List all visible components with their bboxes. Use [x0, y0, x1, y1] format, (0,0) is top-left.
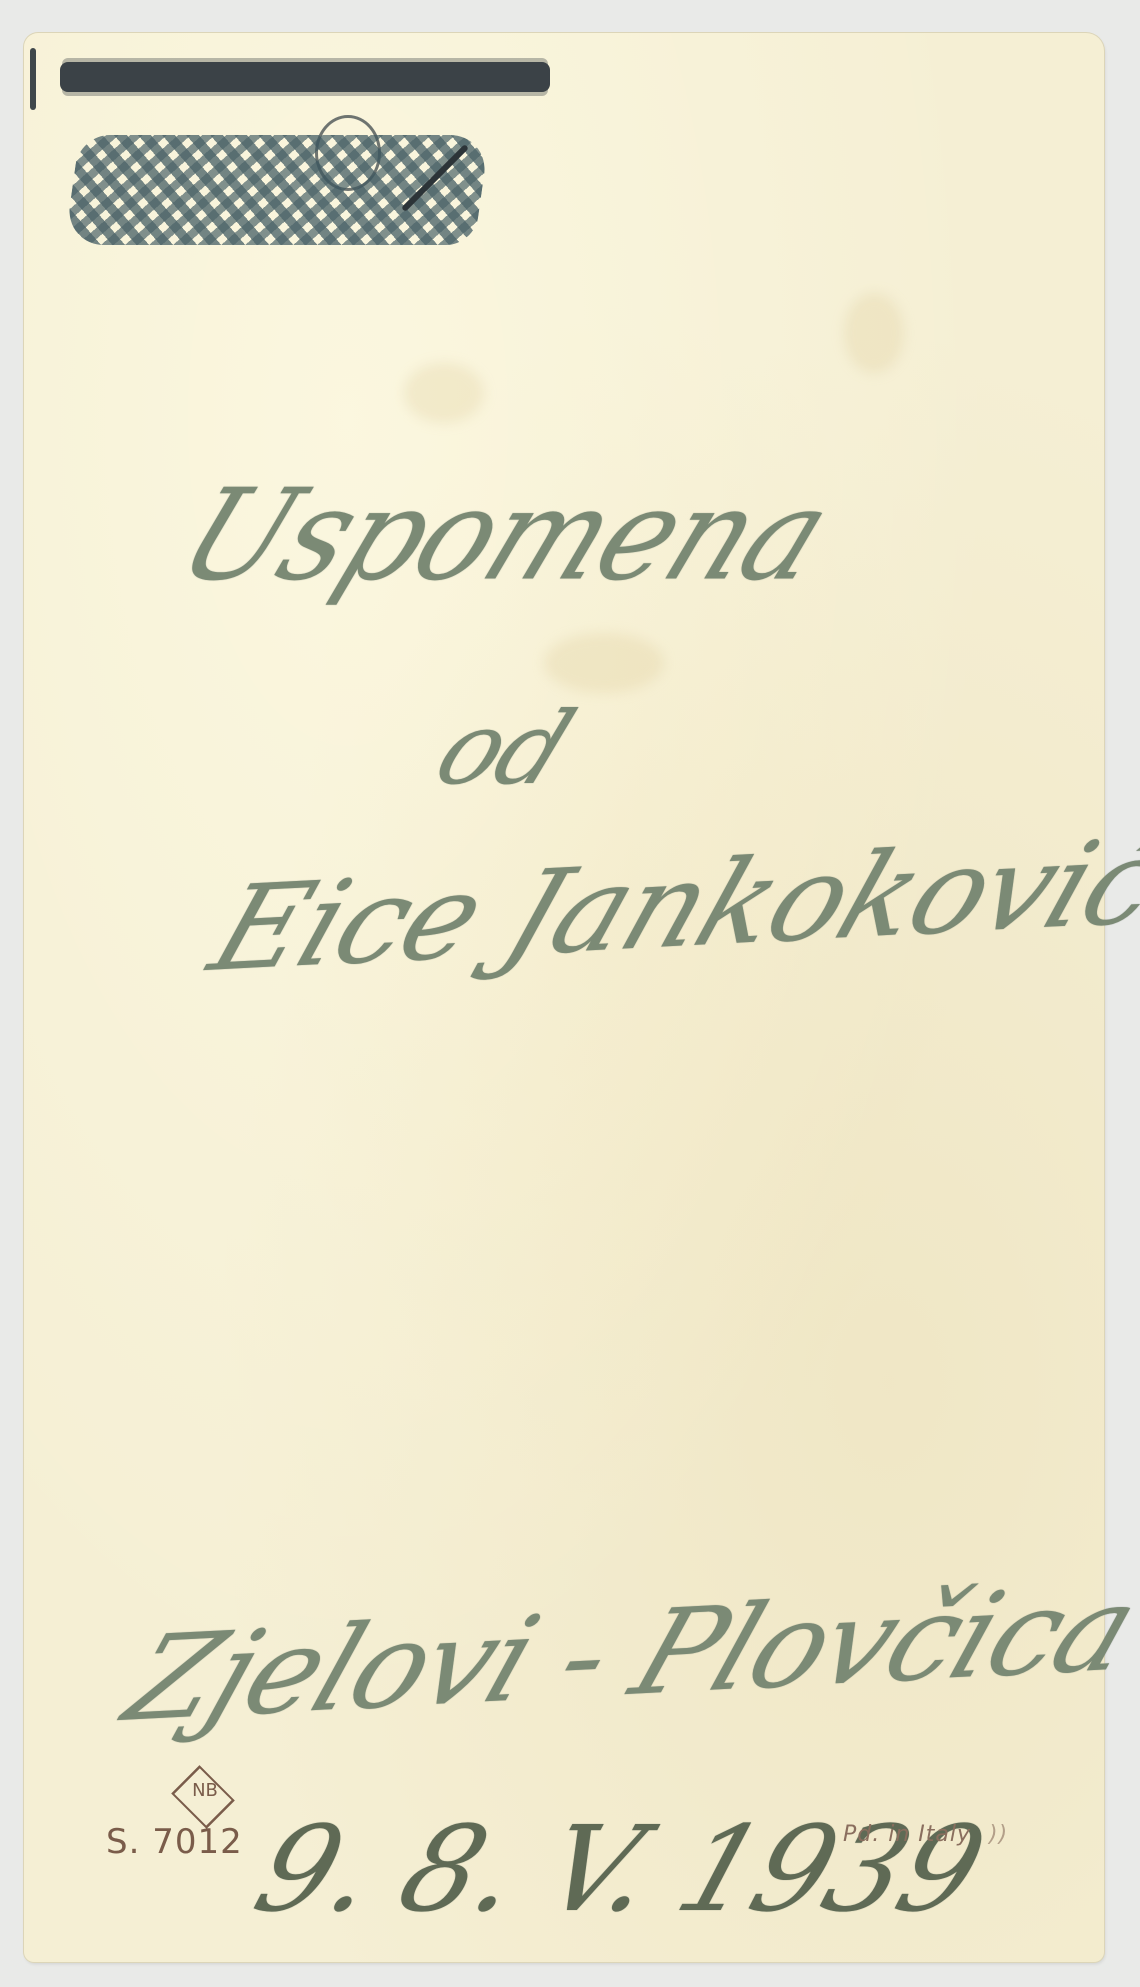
made-in-label: Pd. in Italy )): [843, 1822, 1008, 1847]
trailing-mark: )): [989, 1822, 1008, 1847]
made-in-text: Pd. in Italy: [843, 1822, 971, 1847]
publisher-logo-text: NB: [180, 1780, 230, 1801]
age-stain: [404, 363, 484, 423]
redacted-line-strikethrough: [60, 62, 550, 92]
age-stain: [844, 293, 904, 373]
handwritten-date: 9. 8. V. 1939: [240, 1800, 999, 1938]
handwritten-line-uspomena: Uspomena: [160, 463, 848, 609]
catalog-code: S. 7012: [106, 1822, 243, 1862]
redaction-bracket: [30, 48, 36, 110]
age-stain: [544, 633, 664, 693]
